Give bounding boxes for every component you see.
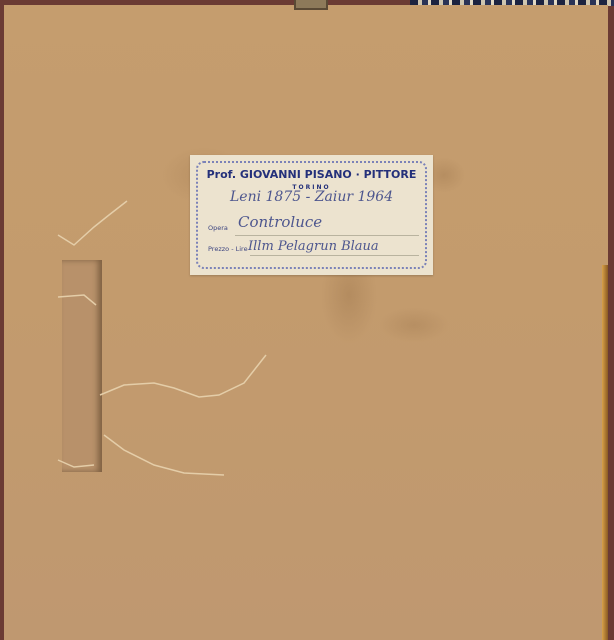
prezzo-rule xyxy=(250,255,419,256)
opera-field-label: Opera xyxy=(208,224,228,232)
handwritten-dates: Leni 1875 - Zaiur 1964 xyxy=(230,189,393,205)
frame-hanger-clip xyxy=(294,0,328,10)
prezzo-field-label: Prezzo - Lire xyxy=(208,245,248,253)
label-title: Prof. GIOVANNI PISANO · PITTORE xyxy=(190,168,433,181)
prezzo-value: Illm Pelagrun Blaua xyxy=(248,239,379,254)
artist-label: Prof. GIOVANNI PISANO · PITTORE TORINO L… xyxy=(190,155,433,275)
paper-tear-lines xyxy=(4,5,608,640)
opera-rule xyxy=(235,235,419,236)
kraft-paper-backing xyxy=(4,5,608,640)
opera-value: Controluce xyxy=(238,213,322,231)
